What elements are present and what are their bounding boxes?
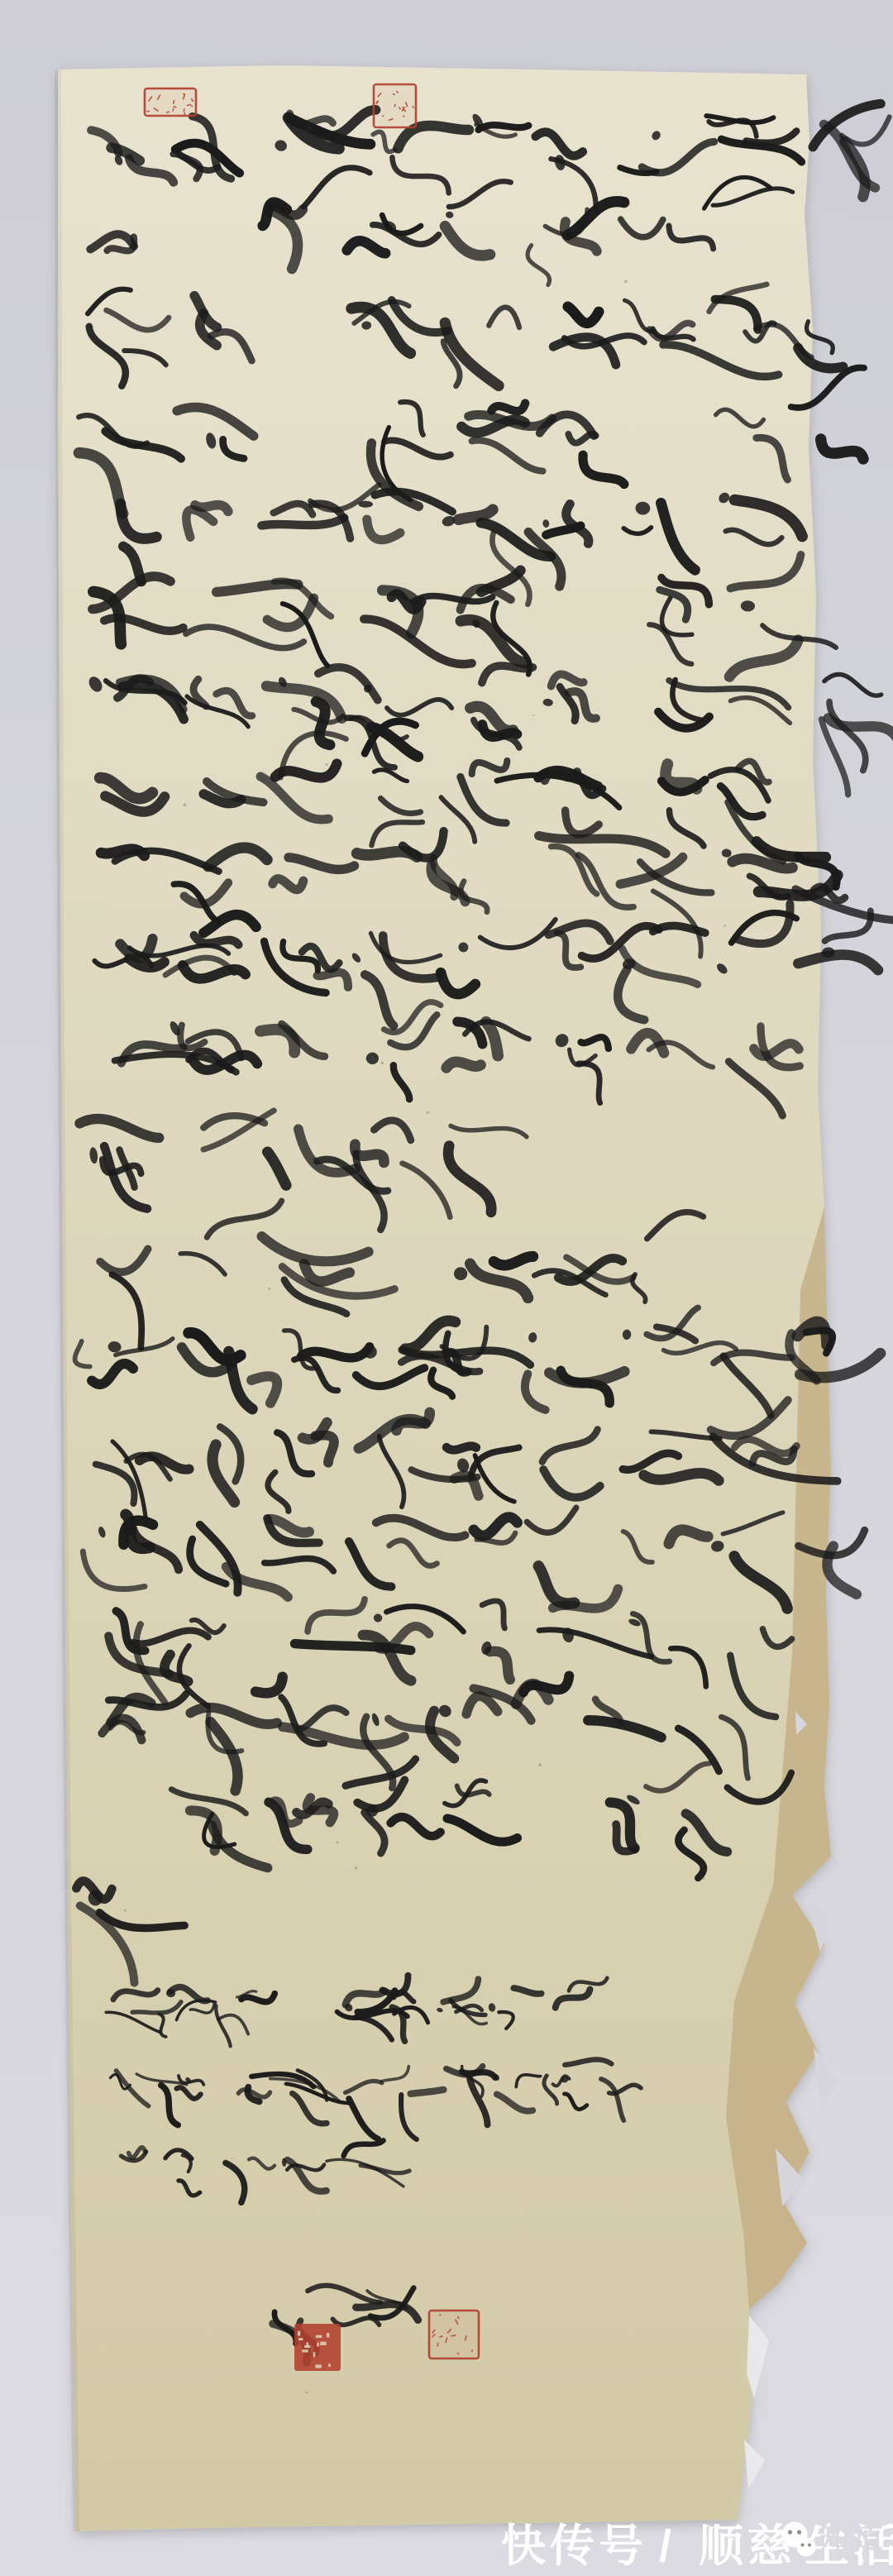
watermark-caption: 快传号 / 顺慈 知道 生活 xyxy=(501,2524,893,2569)
paper-sheet xyxy=(58,65,838,2531)
top-right-square-seal xyxy=(374,84,416,127)
calligraphy-character xyxy=(822,674,893,794)
photo-of-calligraphy-scroll: 快传号 / 顺慈 知道 生活 xyxy=(0,0,893,2576)
calligraphy-character xyxy=(813,103,890,196)
watermark-brand-right-wrap: 知道 生活 xyxy=(805,2524,893,2569)
signature-seal-left xyxy=(294,2324,341,2371)
signature-seal-right xyxy=(429,2311,479,2359)
watermark-separator: / xyxy=(659,2524,676,2569)
top-left-rectangular-seal xyxy=(145,88,196,116)
watermark-ghost-text: 知道 xyxy=(819,2522,886,2553)
watermark-brand-left: 快传号 xyxy=(501,2524,647,2569)
calligraphy-artwork xyxy=(0,0,893,2576)
